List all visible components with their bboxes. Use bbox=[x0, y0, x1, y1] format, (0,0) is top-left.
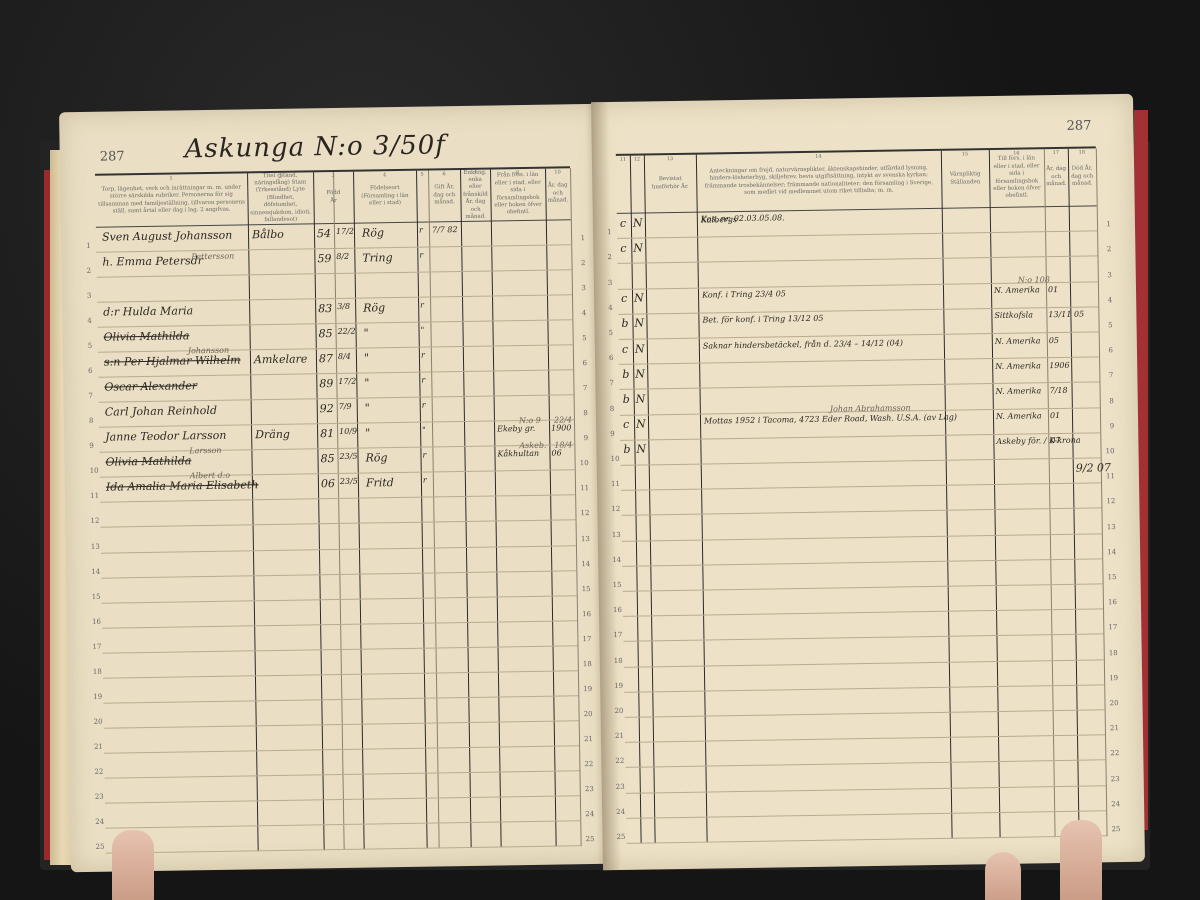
title-occupation: Amkelare bbox=[254, 352, 308, 366]
catechism-mark: c bbox=[621, 292, 627, 305]
header-vaccination: 5 bbox=[416, 171, 429, 222]
page-number: 287 bbox=[1066, 118, 1091, 133]
header-names: 1Torp, lägenhet, verk och inrättningar m… bbox=[95, 173, 248, 226]
row-number-left: 14 bbox=[612, 556, 621, 564]
row-number-right: 25 bbox=[586, 835, 595, 843]
header-died: 18Död År, dag och månad. bbox=[1068, 148, 1097, 205]
row-number-right: 20 bbox=[1110, 699, 1119, 707]
row-number-left: 3 bbox=[87, 292, 92, 300]
moved-out-date: 1906 bbox=[1049, 361, 1069, 370]
birthplace: " bbox=[364, 376, 369, 389]
header-moved-to: 16Till förs. i län eller i stad, eller s… bbox=[989, 149, 1045, 207]
communion-mark: N bbox=[636, 418, 646, 431]
row-number-right: 24 bbox=[1111, 800, 1120, 808]
header-widowed: 7Enkling, enka eller frånskild År, dag o… bbox=[460, 170, 491, 221]
title-occupation: Dräng bbox=[255, 428, 290, 442]
moved-to: N. Amerika bbox=[995, 361, 1041, 371]
marriage-date: 7/7 82 bbox=[432, 225, 458, 234]
row-number-right: 3 bbox=[581, 284, 586, 292]
row-number-left: 17 bbox=[92, 642, 101, 650]
row-number-left: 6 bbox=[88, 367, 93, 375]
remarks-note: Johan Abrahamsson bbox=[830, 403, 911, 413]
vaccination-mark: r bbox=[421, 375, 425, 384]
birth-year: 81 bbox=[320, 427, 334, 440]
row-number-left: 9 bbox=[89, 442, 94, 450]
header-moved-date: 10År, dag och månad. bbox=[545, 168, 571, 219]
row-number-left: 17 bbox=[613, 631, 622, 639]
row-number-left: 20 bbox=[94, 717, 103, 725]
row-number-right: 18 bbox=[583, 660, 592, 668]
row-number-left: 3 bbox=[608, 279, 613, 287]
row-number-left: 2 bbox=[86, 267, 91, 275]
row-number-right: 19 bbox=[583, 685, 592, 693]
moved-to: N. Amerika bbox=[995, 336, 1041, 346]
communion-mark: N bbox=[633, 216, 643, 229]
row-number-left: 25 bbox=[96, 843, 105, 851]
row-number-right: 4 bbox=[582, 309, 587, 317]
row-number-right: 9 bbox=[1110, 422, 1115, 430]
moved-out-date: 13/11 05 bbox=[1048, 310, 1084, 320]
row-number-left: 6 bbox=[609, 354, 614, 362]
person-name: Oscar Alexander bbox=[104, 379, 197, 393]
name-note: Albert d:o bbox=[190, 471, 231, 481]
birth-year: 92 bbox=[320, 402, 334, 415]
person-name: Carl Johan Reinhold bbox=[105, 404, 217, 419]
row-number-left: 8 bbox=[610, 405, 615, 413]
row-number-right: 10 bbox=[1106, 447, 1115, 455]
row-number-left: 23 bbox=[616, 782, 625, 790]
moved-to: N. Amerika bbox=[996, 411, 1042, 421]
vaccination-mark: r bbox=[422, 400, 426, 409]
header-read-year: 13Bevistat husförhör År. bbox=[644, 155, 697, 213]
moved-to: Sittkofsla bbox=[994, 311, 1033, 321]
header-remarks: 14Anteckningar om frejd, naturvärnsplikt… bbox=[696, 151, 942, 212]
row-number-right: 16 bbox=[1108, 598, 1117, 606]
row-number-left: 12 bbox=[611, 505, 620, 513]
person-name: Sven August Johansson bbox=[102, 228, 233, 243]
person-name: Ida Amalia Maria Elisabeth bbox=[106, 478, 259, 493]
row-number-right: 18 bbox=[1109, 649, 1118, 657]
communion-mark: N bbox=[635, 342, 645, 355]
birthplace: Rög bbox=[365, 451, 387, 464]
moved-out-date: 07 bbox=[1050, 436, 1060, 445]
header-title: 2Titel (Stånd, näringsfång) Stam (Yrkess… bbox=[247, 172, 314, 224]
birthplace: " bbox=[365, 426, 370, 439]
row-number-left: 12 bbox=[90, 517, 99, 525]
birthplace: Fritd bbox=[366, 476, 394, 489]
catechism-mark: c bbox=[623, 418, 629, 431]
moved-date: 1900 bbox=[551, 423, 571, 432]
moved-from: Kåkhultan bbox=[497, 449, 539, 459]
catechism-mark: c bbox=[620, 216, 626, 229]
moved-out-date: 05 bbox=[1049, 335, 1059, 344]
birth-year: 06 bbox=[321, 477, 335, 490]
row-number-right: 5 bbox=[582, 334, 587, 342]
vaccination-mark: r bbox=[423, 475, 427, 484]
page-number: 287 bbox=[100, 149, 125, 164]
row-number-right: 13 bbox=[581, 535, 590, 543]
row-number-right: 21 bbox=[584, 735, 593, 743]
birth-day: 22/2 bbox=[337, 326, 355, 335]
name-note: Larsson bbox=[189, 446, 221, 456]
row-number-right: 8 bbox=[583, 409, 588, 417]
birthplace: Rög bbox=[363, 301, 385, 314]
moved-date: 06 bbox=[551, 448, 561, 457]
left-page: 287 Askunga N:o 3/50f 1Torp, lägenhet, v… bbox=[59, 104, 615, 872]
row-number-right: 1 bbox=[1106, 220, 1111, 228]
communion-mark: N bbox=[633, 241, 643, 254]
person-name: h. Emma Petersdr bbox=[102, 254, 203, 269]
birthplace: " bbox=[364, 351, 369, 364]
row-number-left: 9 bbox=[610, 430, 615, 438]
moved-out-date: 01 bbox=[1050, 411, 1060, 420]
struck-name: Pettersson bbox=[191, 251, 234, 261]
birth-year: 87 bbox=[319, 352, 333, 365]
row-number-right: 22 bbox=[584, 760, 593, 768]
communion-mark: N bbox=[635, 367, 645, 380]
birth-year: 85 bbox=[318, 327, 332, 340]
moved-out-date: 01 bbox=[1048, 285, 1058, 294]
row-number-left: 10 bbox=[90, 467, 99, 475]
row-number-left: 14 bbox=[91, 567, 100, 575]
row-number-right: 23 bbox=[585, 785, 594, 793]
catechism-mark: b bbox=[621, 317, 628, 330]
header-moved-out-date: 17År, dag och månad. bbox=[1044, 149, 1069, 206]
row-number-left: 15 bbox=[613, 581, 622, 589]
row-number-right: 12 bbox=[580, 510, 589, 518]
row-number-left: 13 bbox=[612, 530, 621, 538]
vaccination-mark: r bbox=[420, 300, 424, 309]
row-number-right: 4 bbox=[1108, 296, 1113, 304]
remarks: Bet. för konf. i Tring 13/12 05 bbox=[702, 314, 823, 325]
right-page: 287 11 12 13Bevistat husförhör År. 14Ant… bbox=[591, 94, 1145, 870]
birth-year: 54 bbox=[317, 227, 331, 240]
row-number-left: 10 bbox=[611, 455, 620, 463]
row-number-right: 7 bbox=[583, 384, 588, 392]
row-number-left: 5 bbox=[88, 342, 93, 350]
header-birthplace: 4Födelseort (Församling i län eller i st… bbox=[353, 171, 417, 223]
row-number-right: 19 bbox=[1109, 674, 1118, 682]
row-number-left: 7 bbox=[88, 392, 93, 400]
moved-from: Ekeby gr. bbox=[497, 424, 535, 434]
row-number-left: 13 bbox=[91, 542, 100, 550]
row-number-right: 6 bbox=[1108, 346, 1113, 354]
header-moved-from: 8Från föss. i län eller i stad, eller si… bbox=[490, 169, 546, 221]
row-number-right: 8 bbox=[1109, 397, 1114, 405]
row-number-left: 22 bbox=[94, 768, 103, 776]
birthplace: Rög bbox=[362, 226, 384, 239]
name-note: Johansson bbox=[188, 345, 229, 355]
row-number-left: 2 bbox=[607, 253, 612, 261]
communion-mark: N bbox=[634, 317, 644, 330]
vaccination-mark: r bbox=[419, 250, 423, 259]
catechism-mark: c bbox=[622, 342, 628, 355]
register-table-left: 1Torp, lägenhet, verk och inrättningar m… bbox=[95, 166, 581, 853]
row-number-left: 18 bbox=[614, 656, 623, 664]
catechism-mark: b bbox=[622, 367, 629, 380]
row-number-left: 24 bbox=[95, 818, 104, 826]
row-number-right: 15 bbox=[1108, 573, 1117, 581]
moved-out-date: 7/18 bbox=[1050, 386, 1068, 395]
row-number-right: 1 bbox=[581, 234, 586, 242]
row-number-left: 21 bbox=[94, 743, 103, 751]
header-married: 6Gift År, dag och månad. bbox=[428, 170, 461, 221]
table-header: 11 12 13Bevistat husförhör År. 14Anteckn… bbox=[616, 148, 1097, 214]
death-date: 9/2 07 bbox=[1076, 461, 1111, 475]
communion-mark: N bbox=[634, 292, 644, 305]
birth-day: 8/4 bbox=[338, 351, 351, 360]
hand-thumb-right bbox=[1060, 820, 1102, 900]
birth-day: 23/5 bbox=[339, 452, 357, 461]
row-number-right: 16 bbox=[582, 610, 591, 618]
catechism-mark: b bbox=[623, 393, 630, 406]
row-number-left: 4 bbox=[87, 317, 92, 325]
row-number-right: 24 bbox=[585, 810, 594, 818]
row-number-left: 1 bbox=[86, 242, 91, 250]
row-number-right: 14 bbox=[581, 560, 590, 568]
row-number-right: 9 bbox=[584, 434, 589, 442]
header-communion: 12 bbox=[630, 155, 645, 212]
row-number-left: 15 bbox=[92, 592, 101, 600]
row-number-right: 2 bbox=[581, 259, 586, 267]
remarks: Kalbergs bbox=[701, 215, 737, 225]
vaccination-mark: r bbox=[421, 350, 425, 359]
header-catechism: 11 bbox=[616, 156, 631, 213]
birth-day: 7/9 bbox=[339, 402, 352, 411]
vaccination-mark: r bbox=[422, 450, 426, 459]
register-rows-left: 1122334455667788991010111112121313141415… bbox=[96, 220, 581, 853]
row-number-right: 11 bbox=[580, 484, 589, 492]
birth-day: 3/8 bbox=[337, 301, 350, 310]
row-number-right: 15 bbox=[582, 585, 591, 593]
register-table-right: 11 12 13Bevistat husförhör År. 14Anteckn… bbox=[616, 146, 1107, 843]
row-number-right: 20 bbox=[584, 710, 593, 718]
row-number-right: 21 bbox=[1110, 724, 1119, 732]
row-number-left: 16 bbox=[613, 606, 622, 614]
register-rows-right: 1122334455667788991010111112121313141415… bbox=[617, 206, 1107, 843]
row-number-left: 4 bbox=[608, 304, 613, 312]
row-number-right: 23 bbox=[1111, 775, 1120, 783]
row-number-right: 2 bbox=[1107, 246, 1112, 254]
row-number-left: 11 bbox=[90, 492, 99, 500]
birth-day: 10/9 bbox=[339, 426, 357, 435]
row-number-right: 7 bbox=[1109, 372, 1114, 380]
person-name: Janne Teodor Larsson bbox=[105, 429, 226, 444]
birthplace: Tring bbox=[362, 251, 392, 264]
birth-year: 59 bbox=[317, 252, 331, 265]
remarks: Konf. i Tring 23/4 05 bbox=[702, 289, 786, 299]
hand-thumb-left bbox=[112, 830, 154, 900]
row-number-left: 23 bbox=[95, 793, 104, 801]
title-occupation: Bålbo bbox=[252, 227, 284, 240]
row-number-left: 5 bbox=[609, 329, 614, 337]
communion-mark: N bbox=[636, 443, 646, 456]
row-number-right: 17 bbox=[582, 635, 591, 643]
moved-to: N. Amerika bbox=[996, 386, 1042, 396]
row-number-left: 7 bbox=[609, 379, 614, 387]
birth-day: 8/2 bbox=[336, 251, 349, 260]
row-number-right: 25 bbox=[1111, 825, 1120, 833]
row-number-right: 13 bbox=[1107, 523, 1116, 531]
row-number-right: 3 bbox=[1107, 271, 1112, 279]
row-number-left: 22 bbox=[615, 757, 624, 765]
birth-year: 89 bbox=[319, 377, 333, 390]
person-name: Olivia Mathilda bbox=[103, 329, 189, 343]
birth-year: 85 bbox=[320, 452, 334, 465]
person-name: s:n Per Hjalmar Wilhelm bbox=[104, 353, 241, 368]
row-number-left: 8 bbox=[89, 417, 94, 425]
header-military: 15Värnpliktig Ställanden bbox=[941, 150, 990, 208]
row-number-left: 19 bbox=[614, 682, 623, 690]
row-number-right: 5 bbox=[1108, 321, 1113, 329]
birth-day: 17/2 bbox=[338, 376, 356, 385]
row-number-left: 20 bbox=[615, 707, 624, 715]
row-number-left: 19 bbox=[93, 692, 102, 700]
row-number-left: 25 bbox=[616, 833, 625, 841]
parish-title: Askunga N:o 3/50f bbox=[184, 130, 446, 164]
vaccination-mark: r bbox=[419, 225, 423, 234]
row-number-left: 21 bbox=[615, 732, 624, 740]
row-number-left: 18 bbox=[93, 667, 102, 675]
vaccination-mark: " bbox=[422, 425, 426, 434]
row-number-right: 10 bbox=[580, 459, 589, 467]
catechism-mark: c bbox=[620, 241, 626, 254]
moved-to-note: N:o 108 bbox=[1018, 275, 1050, 285]
row-number-right: 14 bbox=[1107, 548, 1116, 556]
birthplace: " bbox=[365, 401, 370, 414]
birth-year: 83 bbox=[318, 302, 332, 315]
row-number-left: 11 bbox=[611, 480, 620, 488]
row-number-right: 22 bbox=[1110, 749, 1119, 757]
hand-finger-right bbox=[985, 852, 1021, 900]
moved-to: N. Amerika bbox=[994, 285, 1040, 295]
birth-day: 17/2 bbox=[336, 226, 354, 235]
row-number-right: 6 bbox=[583, 359, 588, 367]
row-number-left: 16 bbox=[92, 617, 101, 625]
communion-mark: N bbox=[636, 392, 646, 405]
birth-day: 23/5 bbox=[340, 477, 358, 486]
person-name: d:r Hulda Maria bbox=[103, 304, 193, 318]
person-name: Olivia Mathilda bbox=[105, 454, 191, 468]
vaccination-mark: " bbox=[420, 325, 424, 334]
row-number-right: 12 bbox=[1106, 497, 1115, 505]
row-number-left: 1 bbox=[607, 228, 612, 236]
row-number-left: 24 bbox=[616, 808, 625, 816]
catechism-mark: b bbox=[623, 443, 630, 456]
moved-to: Askeby för. / K-krona bbox=[996, 436, 1080, 446]
birthplace: " bbox=[363, 326, 368, 339]
row-number-right: 17 bbox=[1108, 623, 1117, 631]
